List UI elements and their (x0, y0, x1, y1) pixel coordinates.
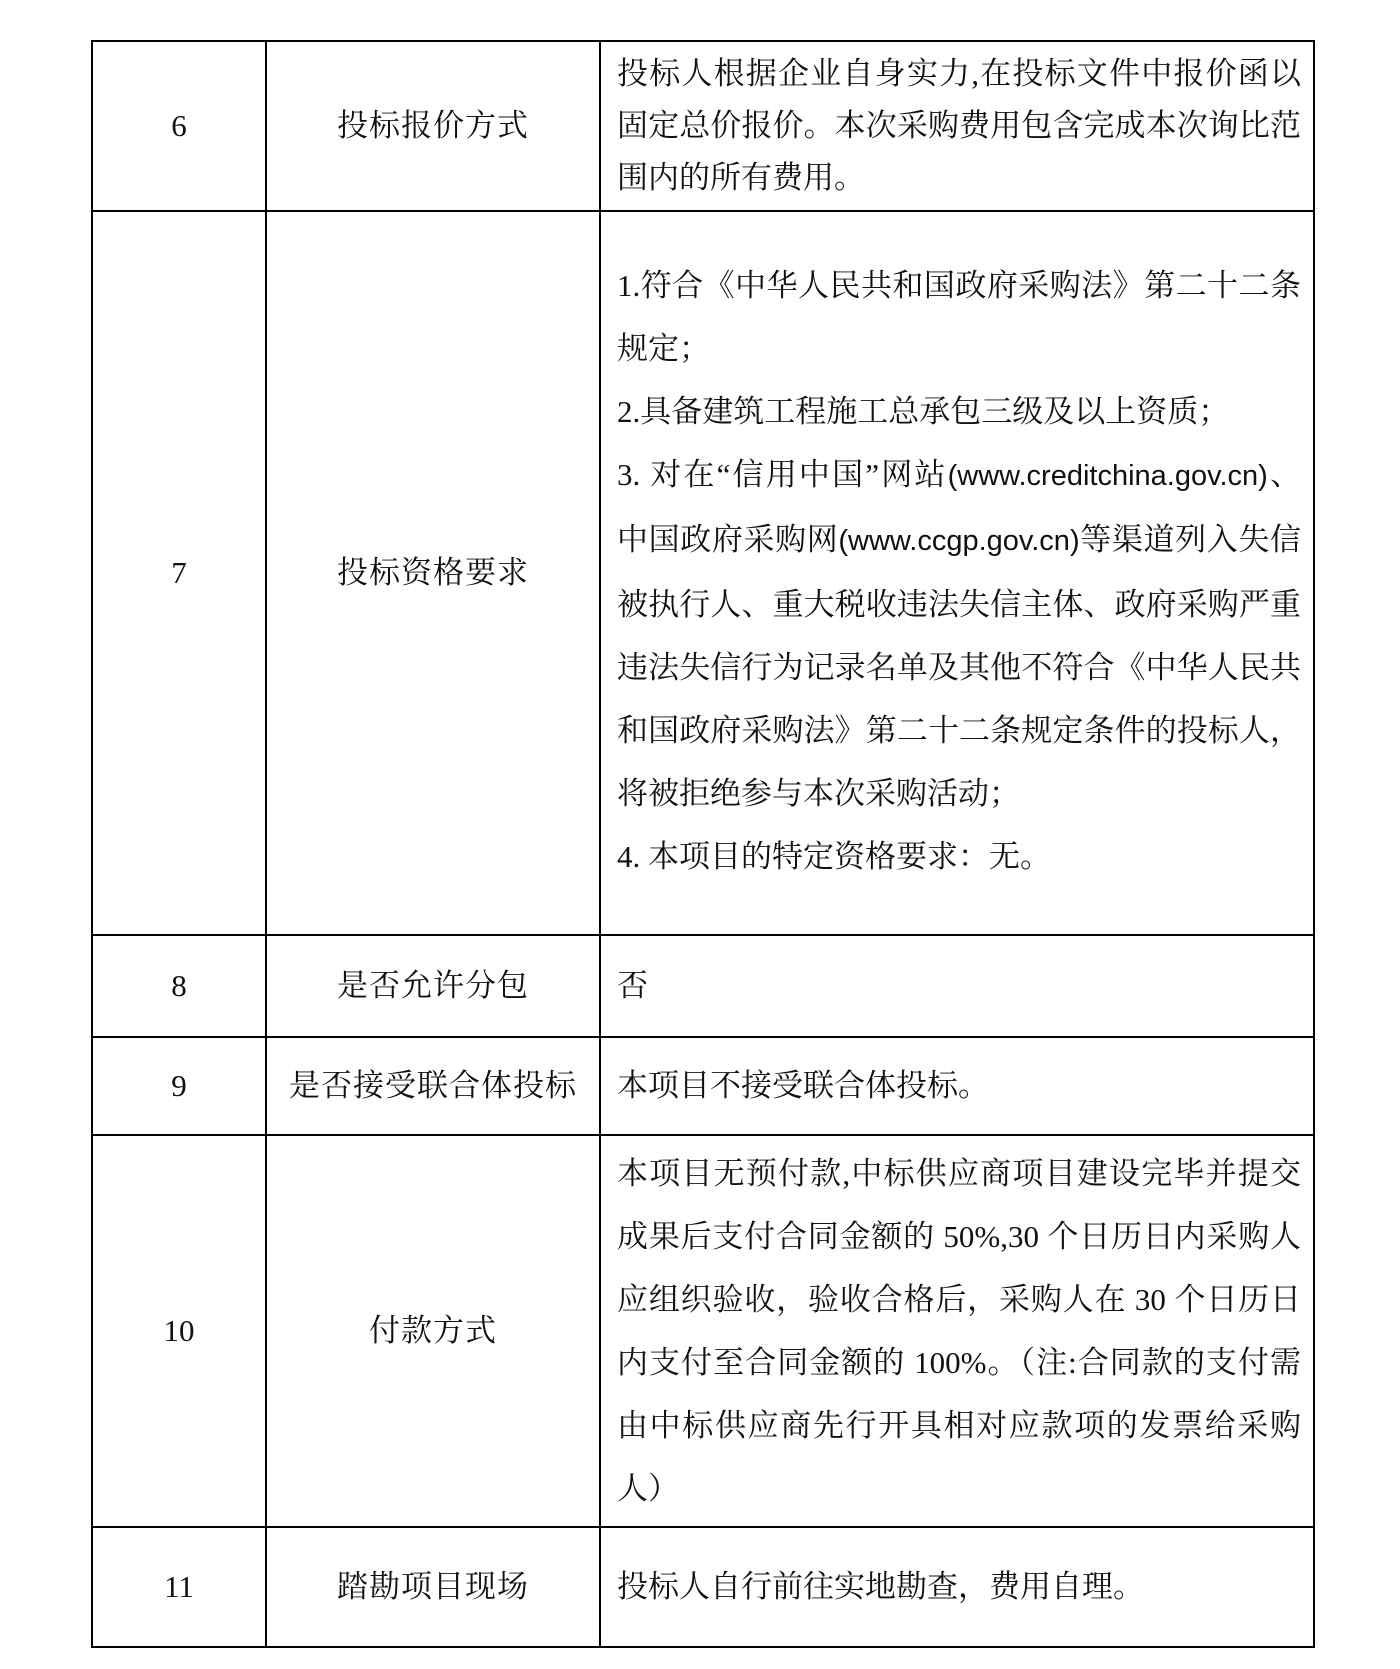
row-10-content-text: 本项目无预付款,中标供应商项目建设完毕并提交成果后支付合同金额的 50%,30 … (617, 1142, 1301, 1520)
creditchina-url-text: (www.creditchina.gov.cn) (948, 460, 1268, 492)
row-9-label: 是否接受联合体投标 (266, 1037, 600, 1135)
row-8-content-cell: 否 (600, 935, 1314, 1037)
item-3-prefix-text: 3. 对在“信用中国”网站 (617, 457, 948, 492)
row-11-content-text: 投标人自行前往实地勘查，费用自理。 (617, 1565, 1301, 1609)
row-7-number: 7 (92, 211, 266, 935)
qualification-item-4: 4. 本项目的特定资格要求：无。 (617, 825, 1301, 888)
row-9-content-cell: 本项目不接受联合体投标。 (600, 1037, 1314, 1135)
row-7-content-cell: 1.符合《中华人民共和国政府采购法》第二十二条规定； 2.具备建筑工程施工总承包… (600, 211, 1314, 935)
qualification-item-1: 1.符合《中华人民共和国政府采购法》第二十二条规定； (617, 254, 1301, 380)
row-6-number: 6 (92, 41, 266, 211)
row-8-label: 是否允许分包 (266, 935, 600, 1037)
table-row-10: 10 付款方式 本项目无预付款,中标供应商项目建设完毕并提交成果后支付合同金额的… (92, 1135, 1314, 1527)
row-10-content-cell: 本项目无预付款,中标供应商项目建设完毕并提交成果后支付合同金额的 50%,30 … (600, 1135, 1314, 1527)
row-9-content-text: 本项目不接受联合体投标。 (617, 1064, 1301, 1108)
qualification-item-3: 3. 对在“信用中国”网站(www.creditchina.gov.cn)、中国… (617, 443, 1301, 825)
row-9-number: 9 (92, 1037, 266, 1135)
row-11-label: 踏勘项目现场 (266, 1527, 600, 1647)
row-6-content-cell: 投标人根据企业自身实力,在投标文件中报价函以固定总价报价。本次采购费用包含完成本… (600, 41, 1314, 211)
document-page: 6 投标报价方式 投标人根据企业自身实力,在投标文件中报价函以固定总价报价。本次… (0, 0, 1400, 1669)
qualification-item-2: 2.具备建筑工程施工总承包三级及以上资质； (617, 380, 1301, 443)
row-10-label: 付款方式 (266, 1135, 600, 1527)
table-row-7: 7 投标资格要求 1.符合《中华人民共和国政府采购法》第二十二条规定； 2.具备… (92, 211, 1314, 935)
ccgp-url-text: (www.ccgp.gov.cn) (838, 525, 1079, 557)
row-8-number: 8 (92, 935, 266, 1037)
row-7-label: 投标资格要求 (266, 211, 600, 935)
table-row-9: 9 是否接受联合体投标 本项目不接受联合体投标。 (92, 1037, 1314, 1135)
row-6-content-text: 投标人根据企业自身实力,在投标文件中报价函以固定总价报价。本次采购费用包含完成本… (617, 48, 1301, 204)
table-row-6: 6 投标报价方式 投标人根据企业自身实力,在投标文件中报价函以固定总价报价。本次… (92, 41, 1314, 211)
item-3-suffix-text: 等渠道列入失信被执行人、重大税收违法失信主体、政府采购严重违法失信行为记录名单及… (617, 522, 1301, 811)
procurement-terms-table: 6 投标报价方式 投标人根据企业自身实力,在投标文件中报价函以固定总价报价。本次… (91, 40, 1315, 1648)
row-6-label: 投标报价方式 (266, 41, 600, 211)
table-row-8: 8 是否允许分包 否 (92, 935, 1314, 1037)
row-10-number: 10 (92, 1135, 266, 1527)
row-8-content-text: 否 (617, 964, 1301, 1008)
row-11-number: 11 (92, 1527, 266, 1647)
table-row-11: 11 踏勘项目现场 投标人自行前往实地勘查，费用自理。 (92, 1527, 1314, 1647)
row-11-content-cell: 投标人自行前往实地勘查，费用自理。 (600, 1527, 1314, 1647)
